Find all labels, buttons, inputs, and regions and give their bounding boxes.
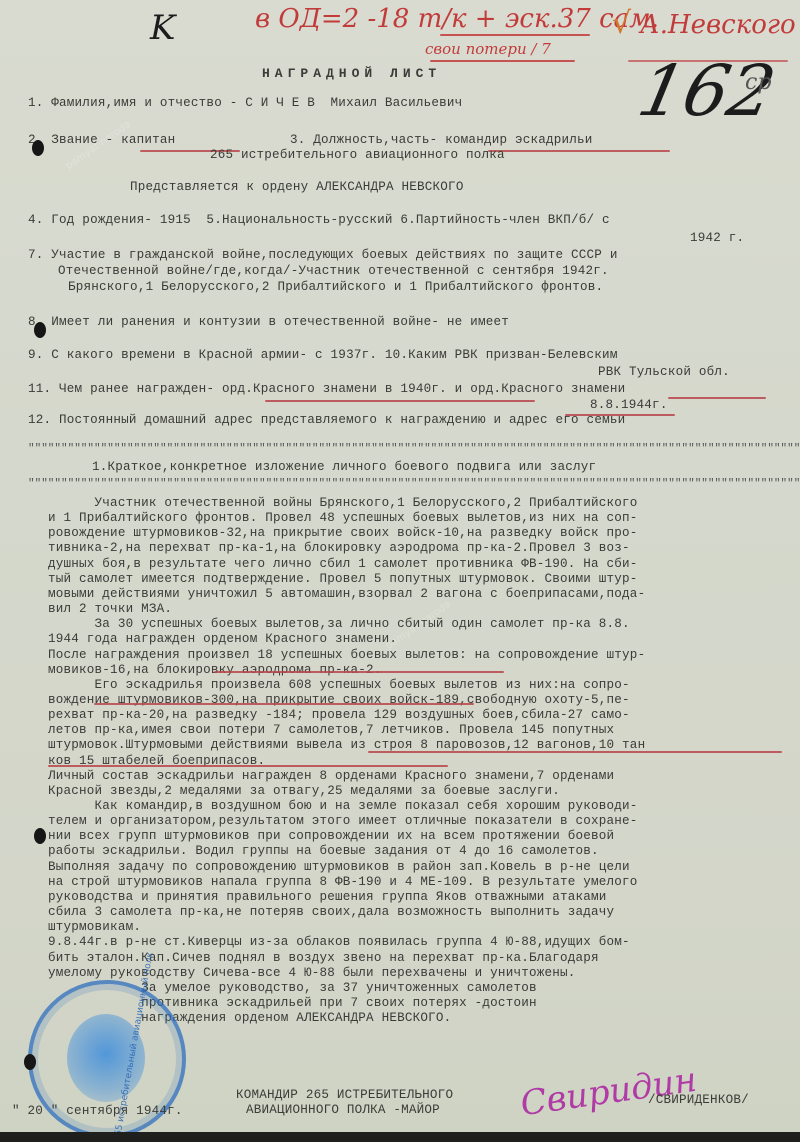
citation-line: на строй штурмовиков напала группа 8 ФВ-… bbox=[48, 875, 638, 890]
section-heading: 1.Краткое,конкретное изложение личного б… bbox=[92, 460, 596, 475]
citation-line: Личный состав эскадрильи награжден 8 орд… bbox=[48, 769, 614, 784]
citation-line: Участник отечественной войны Брянского,1… bbox=[48, 496, 638, 511]
scan-edge bbox=[0, 1132, 800, 1142]
red-underline-position bbox=[488, 150, 670, 152]
citation-line: После награждения произвел 18 успешных б… bbox=[48, 648, 645, 663]
citation-line: 9.8.44г.в р-не ст.Киверцы из-за облаков … bbox=[48, 935, 630, 950]
citation-line: нии всех групп штурмовиков при сопровожд… bbox=[48, 829, 614, 844]
citation-line: телем и организатором,результатом этого … bbox=[48, 814, 638, 829]
citation-line: Выполняя задачу по сопровождению штурмов… bbox=[48, 860, 630, 875]
citation-line: сбила 3 самолета пр-ка,не потеряв своих,… bbox=[48, 905, 614, 920]
separator-dots: """"""""""""""""""""""""""""""""""""""""… bbox=[28, 442, 800, 457]
field-7-line2: Отечественной войне/где,когда/-Участник … bbox=[58, 264, 609, 279]
red-handwritten-note-2: свои потери / 7 bbox=[425, 40, 551, 58]
signature-title-1: КОМАНДИР 265 ИСТРЕБИТЕЛЬНОГО bbox=[236, 1088, 453, 1103]
field-1: 1. Фамилия,имя и отчество - С И Ч Е В Ми… bbox=[28, 96, 462, 111]
handwritten-signature: Свиридин bbox=[518, 1060, 699, 1124]
signature-typed-name: /СВИРИДЕНКОВ/ bbox=[648, 1093, 749, 1108]
citation-line: 1944 года награжден орденом Красного зна… bbox=[48, 632, 397, 647]
citation-line: вождение штурмовиков-300,на прикрытие св… bbox=[48, 693, 630, 708]
citation-line: Красной звезды,2 медалями за отвагу,25 м… bbox=[48, 784, 560, 799]
red-underline-body bbox=[48, 765, 448, 767]
field-7-line3: Брянского,1 Белорусского,2 Прибалтийског… bbox=[68, 280, 603, 295]
handwritten-mark: K bbox=[150, 8, 175, 48]
citation-line: и 1 Прибалтийского фронтов. Провел 48 ус… bbox=[48, 511, 638, 526]
orange-checkmark: √ bbox=[612, 6, 631, 41]
citation-line: Как командир,в воздушном бою и на земле … bbox=[48, 799, 638, 814]
handwritten-number-suffix: ср bbox=[745, 70, 771, 95]
citation-line: руководства и принятия правильного решен… bbox=[48, 890, 607, 905]
citation-line: умелому руководству Сичева-все 4 Ю-88 бы… bbox=[48, 966, 576, 981]
field-9-10: 9. С какого времени в Красной армии- с 1… bbox=[28, 348, 618, 363]
field-7: 7. Участие в гражданской войне,последующ… bbox=[28, 248, 618, 263]
punch-hole bbox=[24, 1054, 36, 1070]
signature-title-2: АВИАЦИОННОГО ПОЛКА -МАЙОР bbox=[246, 1103, 440, 1118]
separator-dots: """"""""""""""""""""""""""""""""""""""""… bbox=[28, 477, 800, 492]
red-underline-awards-2 bbox=[668, 397, 766, 399]
field-3: 3. Должность,часть- командир эскадрильи bbox=[290, 133, 593, 148]
citation-line: тивника-2,на перехват пр-ка-1,на блокиро… bbox=[48, 541, 630, 556]
field-11: 11. Чем ранее награжден- орд.Красного зн… bbox=[28, 382, 625, 397]
citation-line: летов пр-ка,имея свои потери 7 самолетов… bbox=[48, 723, 614, 738]
citation-line: работы эскадрильи. Водил группы на боевы… bbox=[48, 844, 599, 859]
citation-line: вил 2 точки МЗА. bbox=[48, 602, 172, 617]
red-underline bbox=[430, 60, 575, 62]
red-order-note: А.Невского bbox=[640, 10, 796, 40]
citation-line: Его эскадрилья произвела 608 успешных бо… bbox=[48, 678, 630, 693]
field-3-unit: 265 истребительного авиационного полка bbox=[210, 148, 505, 163]
red-underline-body bbox=[94, 703, 474, 705]
nomination-line: Представляется к ордену АЛЕКСАНДРА НЕВСК… bbox=[130, 180, 464, 195]
citation-line: тый самолет имеется подтверждение. Прове… bbox=[48, 572, 638, 587]
signature-date: " 20 " сентября 1944г. bbox=[12, 1104, 183, 1119]
red-underline bbox=[440, 34, 590, 36]
red-underline-body bbox=[368, 751, 782, 753]
field-2: 2. Звание - капитан bbox=[28, 133, 175, 148]
punch-hole bbox=[34, 322, 46, 338]
citation-line: ровождение штурмовиков-32,на прикрытие с… bbox=[48, 526, 638, 541]
document-title: НАГРАДНОЙ ЛИСТ bbox=[262, 66, 441, 81]
punch-hole bbox=[34, 828, 46, 844]
citation-line: мовыми действиями уничтожил 5 автомашин,… bbox=[48, 587, 645, 602]
field-4-5-6: 4. Год рождения- 1915 5.Национальность-р… bbox=[28, 213, 610, 228]
field-12: 12. Постоянный домашний адрес представля… bbox=[28, 413, 625, 428]
field-8: 8. Имеет ли ранения и контузии в отечест… bbox=[28, 315, 509, 330]
field-6-year: 1942 г. bbox=[690, 231, 744, 246]
punch-hole bbox=[32, 140, 44, 156]
field-11-line2: 8.8.1944г. bbox=[590, 398, 668, 413]
award-sheet-page: pamyat-naroda pamyat-naroda K в ОД=2 -18… bbox=[0, 0, 800, 1132]
citation-line: душных боя,в результате чего лично сбил … bbox=[48, 557, 638, 572]
field-10-line2: РВК Тульской обл. bbox=[598, 365, 730, 380]
citation-line: За 30 успешных боевых вылетов,за лично с… bbox=[48, 617, 630, 632]
red-underline-body bbox=[214, 671, 504, 673]
red-underline-awards bbox=[265, 400, 535, 402]
citation-line: рехват пр-ка-20,на разведку -184; провел… bbox=[48, 708, 630, 723]
red-handwritten-note: в ОД=2 -18 т/к + эск.37 сам. bbox=[255, 4, 659, 34]
citation-line: штурмовикам. bbox=[48, 920, 141, 935]
citation-line: бить эталон.Кап.Сичев поднял в воздух зв… bbox=[48, 951, 599, 966]
